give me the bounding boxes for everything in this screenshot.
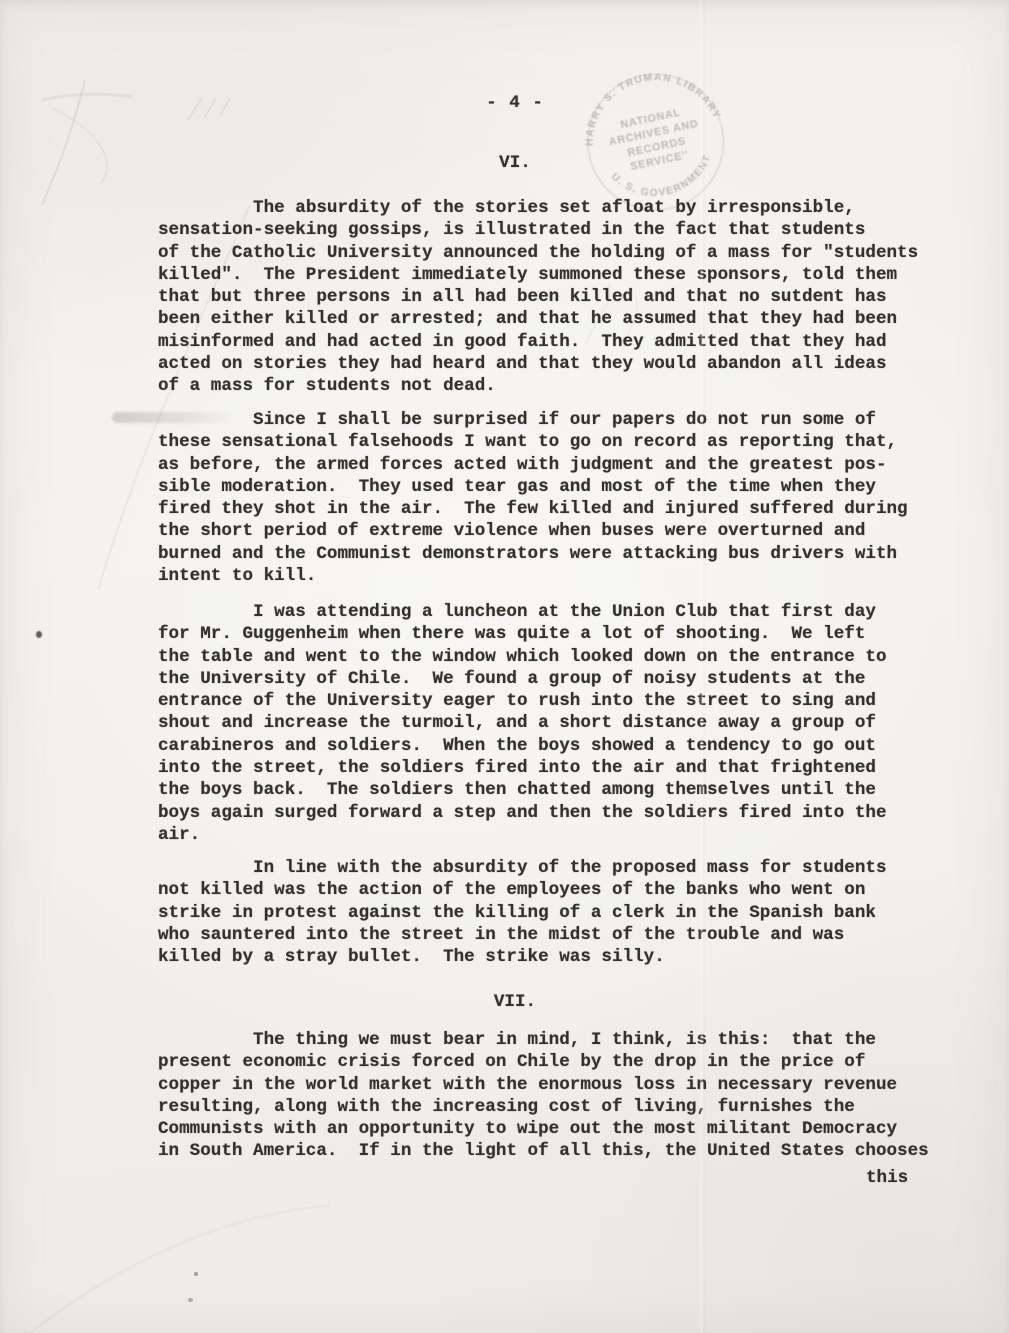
paragraph-bank-strike: In line with the absurdity of the propos…: [158, 857, 962, 968]
ink-speck: [194, 1272, 198, 1276]
page-number: - 4 -: [415, 92, 615, 114]
paragraph-absurdity-stories: The absurdity of the stories set afloat …: [158, 197, 962, 398]
catchword: this: [866, 1167, 908, 1189]
paragraph-economic-crisis: The thing we must bear in mind, I think,…: [158, 1029, 962, 1163]
document-page: HARRY S. TRUMAN LIBRARY U. S. GOVERNMENT…: [0, 0, 1009, 1333]
section-heading-vii: VII.: [415, 991, 615, 1013]
paragraph-union-club-luncheon: I was attending a luncheon at the Union …: [158, 601, 962, 846]
paragraph-armed-forces-moderation: Since I shall be surprised if our papers…: [158, 409, 962, 587]
ink-speck: [188, 1298, 193, 1302]
section-heading-vi: VI.: [415, 152, 615, 174]
ink-speck: [36, 631, 42, 638]
